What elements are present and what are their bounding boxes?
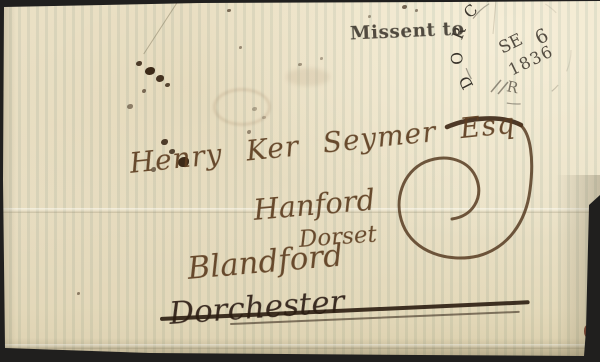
ink-smear: [286, 68, 330, 86]
dorchester-datestamp: DORCHESTER SE 6 1836 R: [447, 0, 587, 120]
wax-seal-remnant: [584, 325, 592, 338]
letter-sheet: Missent to DORCHESTER SE 6 1836: [0, 0, 600, 362]
datestamp-bottom-letter: R: [505, 77, 520, 97]
fold-crease-bottom: [0, 344, 600, 349]
cover-photo: Missent to DORCHESTER SE 6 1836: [0, 0, 600, 362]
ink-ring-smudge: [213, 88, 271, 126]
